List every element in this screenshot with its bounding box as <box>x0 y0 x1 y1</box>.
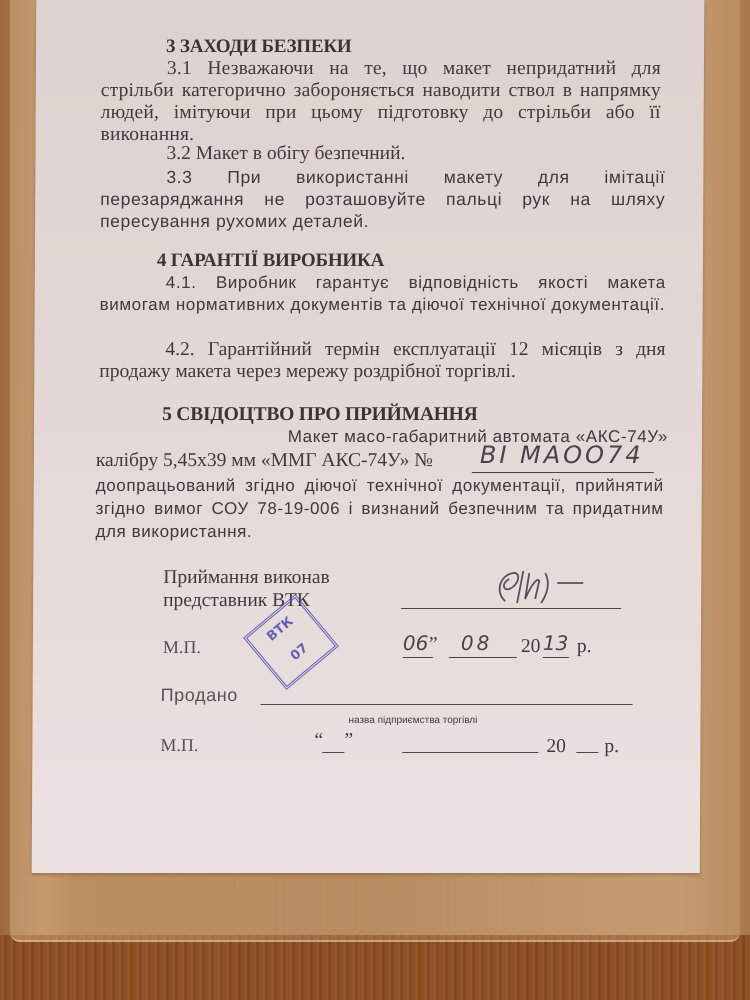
wooden-table-surface <box>0 935 750 1000</box>
section-4-1-text: 4.1. Виробник гарантує відповідність яко… <box>100 272 666 316</box>
section-3-1-text: 3.1 Незважаючи на те, що макет непридатн… <box>101 58 661 146</box>
accepted-by-line1: Приймання виконав <box>163 566 413 589</box>
seller-name-line[interactable] <box>261 704 633 705</box>
sale-stamp-place-label: М.П. <box>160 734 220 756</box>
sold-label: Продано <box>161 684 281 706</box>
sale-close-quote: ” <box>344 730 364 752</box>
sale-year-prefix: 20 <box>546 736 586 758</box>
sale-year-line[interactable] <box>576 752 598 753</box>
date-year-underline <box>543 657 569 658</box>
section-4-heading: 4 ГАРАНТІЇ ВИРОБНИКА <box>157 250 727 272</box>
section-3-heading: 3 ЗАХОДИ БЕЗПЕКИ <box>166 36 736 58</box>
serial-number-handwritten: ВІ МАОО74 <box>480 444 700 466</box>
serial-number-underline <box>472 472 654 473</box>
date-day-underline <box>403 657 433 658</box>
sale-day-line[interactable] <box>322 752 344 753</box>
sale-open-quote: “ <box>314 730 334 752</box>
section-5-body: доопрацьований згідно діючої технічної д… <box>95 474 663 543</box>
section-3-2-text: 3.2 Макет в обігу безпечний. <box>100 143 670 165</box>
acceptance-year-unit: р. <box>577 636 617 658</box>
signature-line <box>401 608 621 609</box>
warranty-document: 3 ЗАХОДИ БЕЗПЕКИ 3.1 Незважаючи на те, щ… <box>32 0 705 873</box>
section-4-2-text: 4.2. Гарантійний термін експлуатації 12 … <box>99 339 665 383</box>
section-3-3-text: 3.3 При використанні макету для імітації… <box>100 166 665 232</box>
stamp-place-label: М.П. <box>163 636 223 658</box>
section-5-line2: калібру 5,45х39 мм «ММГ АКС-74У» № <box>96 450 496 472</box>
section-5-heading: 5 СВІДОЦТВО ПРО ПРИЙМАННЯ <box>162 404 732 426</box>
signature-icon <box>485 563 605 608</box>
sale-year-unit: р. <box>604 736 644 758</box>
seller-name-caption: назва підприємства торгівлі <box>348 710 568 732</box>
sale-month-line[interactable] <box>402 752 538 753</box>
acceptance-date-quote: ” <box>429 634 449 656</box>
date-month-underline <box>449 657 517 658</box>
